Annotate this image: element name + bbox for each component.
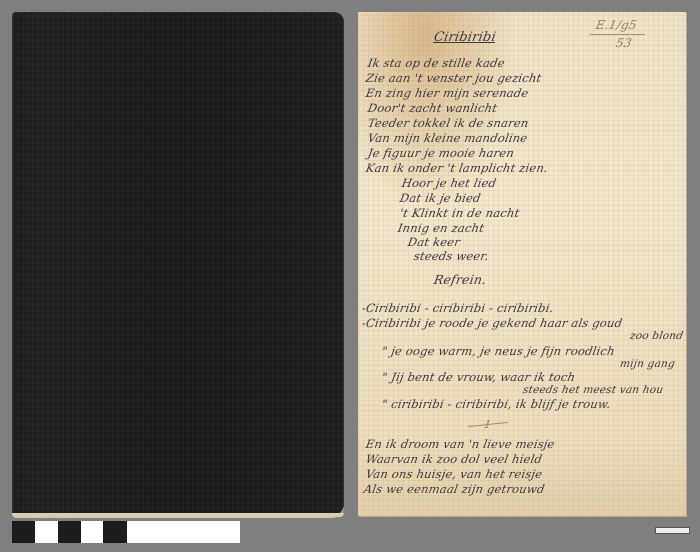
notebook-page: E.1/g5 53 Ciribiribi Ik sta op de stille… [358, 12, 686, 516]
verse2-line: Als we eenmaal zijn getrouwd [363, 482, 546, 496]
archive-number-divider [590, 34, 645, 35]
verse1-line: 't Klinkt in de nacht [399, 206, 521, 220]
verse1-line: En zing hier mijn serenade [365, 86, 530, 100]
refrain-line: mijn gang [619, 358, 676, 370]
refrain-line: -Ciribiribi je roode je gekend haar als … [361, 316, 624, 330]
scale-bar-segment-white [35, 521, 58, 543]
verse1-line: Door't zacht wanlicht [367, 101, 499, 115]
verse1-line: Ik sta op de stille kade [367, 56, 506, 70]
verse2-line: Van ons huisje, van het reisje [365, 467, 544, 481]
refrain-line: " Jij bent de vrouw, waar ik toch [381, 370, 577, 384]
refrain-line: zoo blond [629, 330, 684, 342]
notebook-cover [12, 12, 344, 516]
scale-bar-segment-white [81, 521, 103, 543]
verse2-line: Waarvan ik zoo dol veel hield [365, 452, 544, 466]
refrain-line: -Ciribiribi - ciribiribi - ciribiribi. [361, 301, 555, 315]
scale-bar-segment-white [127, 521, 240, 543]
scale-bar-segment-black [12, 521, 35, 543]
refrain-line: steeds het meest van hou [522, 384, 664, 396]
scale-bar-segment-black [58, 521, 81, 543]
cover-page-edge [12, 513, 344, 517]
verse1-line: Kan ik onder 't lamplicht zien. [365, 161, 549, 175]
verse1-line: Van mijn kleine mandoline [367, 131, 529, 145]
scale-bar-segment-black [103, 521, 127, 543]
refrain-line: " je ooge warm, je neus je fijn roodlich [381, 344, 616, 358]
verse1-line: Je figuur je mooie haren [367, 146, 515, 160]
verse2-line: En ik droom van 'n lieve meisje [365, 437, 556, 451]
refrain-heading: Refrein. [433, 272, 488, 287]
verse1-line: Teeder tokkel ik de snaren [367, 116, 530, 130]
verse1-line: Hoor je het lied [401, 176, 498, 190]
verse1-line: Zie aan 't venster jou gezicht [365, 71, 543, 85]
song-title: Ciribiribi [433, 30, 497, 45]
archive-subnumber: 53 [615, 36, 633, 50]
refrain-line: " ciribiribi - ciribiribi, ik blijf je t… [381, 397, 612, 411]
verse1-line: Dat keer [407, 235, 461, 249]
verse1-line: steeds weer. [413, 249, 490, 263]
verse1-line: Dat ik je bied [399, 191, 482, 205]
verse1-line: Innig en zacht [397, 221, 486, 235]
archive-barcode-label [655, 527, 690, 534]
archive-number: E.1/g5 [595, 18, 638, 32]
